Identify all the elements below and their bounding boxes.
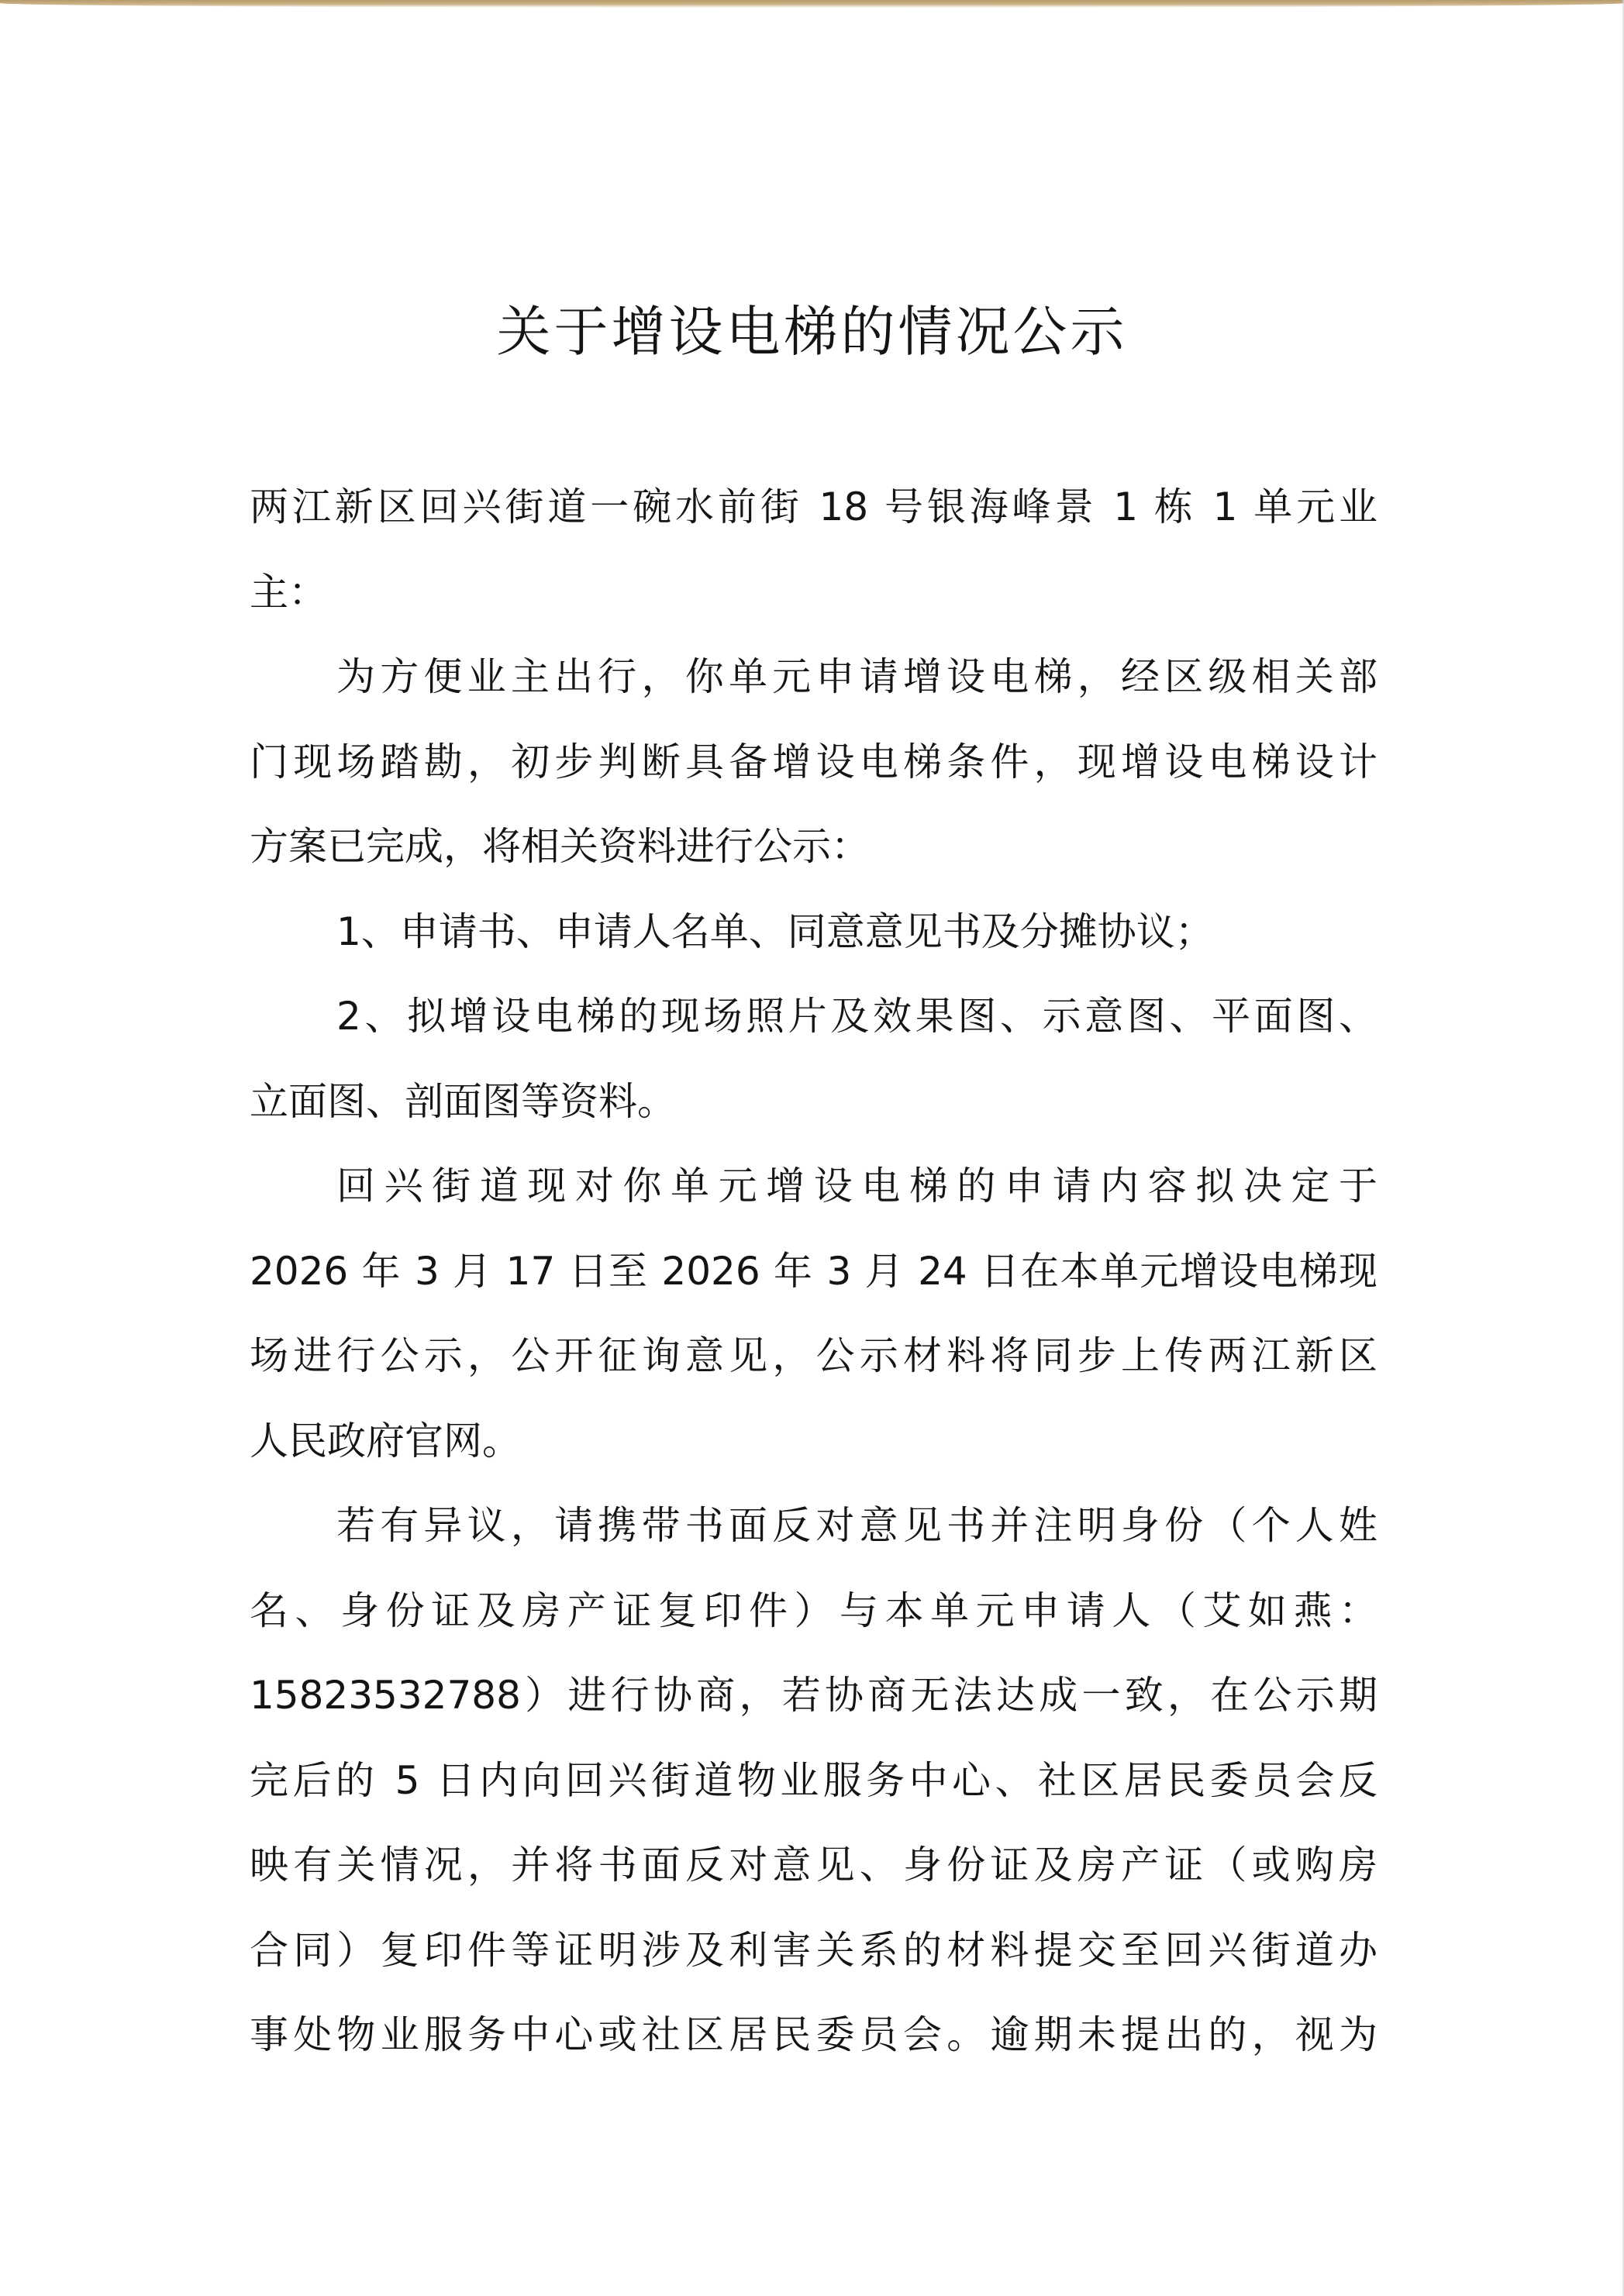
list-item-2: 2、拟增设电梯的现场照片及效果图、示意图、平面图、 [250, 974, 1377, 1060]
document-page: 关于增设电梯的情况公示 两江新区回兴街道一碗水前街 18 号银海峰景 1 栋 1… [0, 0, 1624, 2296]
paragraph-line: 2026 年 3 月 17 日至 2026 年 3 月 24 日在本单元增设电梯… [250, 1229, 1377, 1315]
paragraph-line: 名、身份证及房产证复印件）与本单元申请人（艾如燕： [250, 1569, 1377, 1654]
paragraph-line: 回兴街道现对你单元增设电梯的申请内容拟决定于 [250, 1144, 1377, 1229]
paragraph-line: 若有异议，请携带书面反对意见书并注明身份（个人姓 [250, 1484, 1377, 1569]
paragraph-line: 场进行公示，公开征询意见，公示材料将同步上传两江新区 [250, 1314, 1377, 1399]
paragraph-intro: 为方便业主出行，你单元申请增设电梯，经区级相关部 门现场踏勘，初步判断具备增设电… [250, 635, 1377, 890]
salutation-line: 主： [250, 550, 1377, 636]
paragraph-objection: 若有异议，请携带书面反对意见书并注明身份（个人姓 名、身份证及房产证复印件）与本… [250, 1484, 1377, 2078]
paragraph-publicity-period: 回兴街道现对你单元增设电梯的申请内容拟决定于 2026 年 3 月 17 日至 … [250, 1144, 1377, 1484]
list-item-2-continued: 立面图、剖面图等资料。 [250, 1060, 1377, 1145]
paragraph-line: 门现场踏勘，初步判断具备增设电梯条件，现增设电梯设计 [250, 720, 1377, 805]
salutation: 两江新区回兴街道一碗水前街 18 号银海峰景 1 栋 1 单元业 主： [250, 465, 1377, 635]
paragraph-line: 方案已完成，将相关资料进行公示： [250, 805, 1377, 890]
paragraph-line: 事处物业服务中心或社区居民委员会。逾期未提出的，视为 [250, 1993, 1377, 2078]
paragraph-line: 15823532788）进行协商，若协商无法达成一致，在公示期 [250, 1653, 1377, 1739]
materials-list: 1、申请书、申请人名单、同意意见书及分摊协议； 2、拟增设电梯的现场照片及效果图… [250, 890, 1377, 1145]
paragraph-line: 完后的 5 日内向回兴街道物业服务中心、社区居民委员会反 [250, 1739, 1377, 1824]
paragraph-line: 合同）复印件等证明涉及利害关系的材料提交至回兴街道办 [250, 1908, 1377, 1994]
paragraph-line: 映有关情况，并将书面反对意见、身份证及房产证（或购房 [250, 1823, 1377, 1908]
list-item-1: 1、申请书、申请人名单、同意意见书及分摊协议； [250, 890, 1377, 975]
paragraph-line: 为方便业主出行，你单元申请增设电梯，经区级相关部 [250, 635, 1377, 720]
document-title: 关于增设电梯的情况公示 [0, 293, 1624, 371]
paragraph-line: 人民政府官网。 [250, 1399, 1377, 1484]
salutation-line: 两江新区回兴街道一碗水前街 18 号银海峰景 1 栋 1 单元业 [250, 465, 1377, 550]
document-body: 两江新区回兴街道一碗水前街 18 号银海峰景 1 栋 1 单元业 主： 为方便业… [250, 465, 1377, 2078]
